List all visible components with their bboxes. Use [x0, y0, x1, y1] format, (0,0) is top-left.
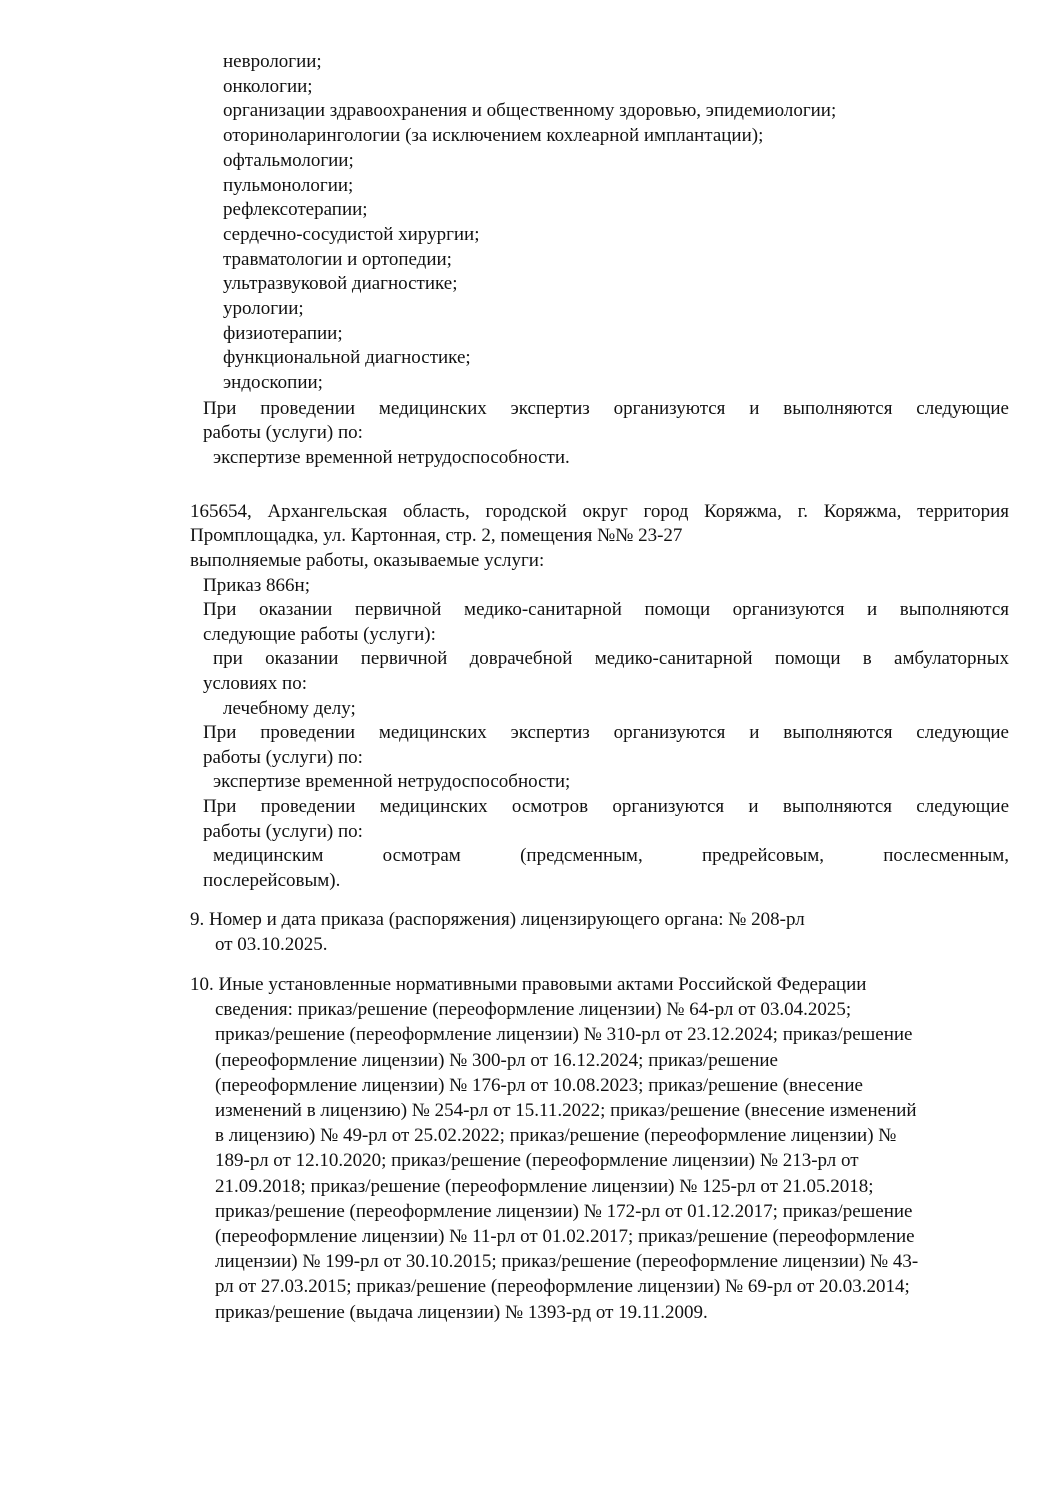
primary-care-line-2: следующие работы (услуги): [203, 623, 436, 647]
specialty-item: рефлексотерапии; [223, 198, 368, 222]
expertise-item-2: экспертизе временной нетрудоспособности; [213, 770, 570, 794]
section-10-line: 189-рл от 12.10.2020; приказ/решение (пе… [215, 1149, 859, 1173]
expertise-line-2: работы (услуги) по: [203, 746, 363, 770]
section-10-line: изменений в лицензию) № 254-рл от 15.11.… [215, 1099, 917, 1123]
address-line-2: Промплощадка, ул. Картонная, стр. 2, пом… [190, 524, 682, 548]
section-10-line: (переоформление лицензии) № 11-рл от 01.… [215, 1225, 915, 1249]
prehospital-line-1: при оказании первичной доврачебной медик… [213, 647, 1009, 671]
specialty-item: онкологии; [223, 75, 313, 99]
section-10-line: в лицензию) № 49-рл от 25.02.2022; прика… [215, 1124, 896, 1148]
specialty-item: организации здравоохранения и общественн… [223, 99, 836, 123]
document-page: неврологии;онкологии;организации здравоо… [0, 0, 1060, 1500]
section-10-line: приказ/решение (выдача лицензии) № 1393-… [215, 1301, 708, 1325]
section-10-line: (переоформление лицензии) № 300-рл от 16… [215, 1049, 778, 1073]
works-label: выполняемые работы, оказываемые услуги: [190, 549, 544, 573]
section-10-line: приказ/решение (переоформление лицензии)… [215, 1200, 912, 1224]
section-10-line: лицензии) № 199-рл от 30.10.2015; приказ… [215, 1250, 918, 1274]
specialty-item: травматологии и ортопедии; [223, 248, 452, 272]
specialty-item: урологии; [223, 297, 304, 321]
specialty-item: функциональной диагностике; [223, 346, 471, 370]
checkups-item-line-1: медицинским осмотрам (предсменным, предр… [213, 844, 1009, 868]
section-10-line: (переоформление лицензии) № 176-рл от 10… [215, 1074, 863, 1098]
expertise-line-1: При проведении медицинских экспертиз орг… [203, 721, 1009, 745]
primary-care-line-1: При оказании первичной медико-санитарной… [203, 598, 1009, 622]
section-10-line: приказ/решение (переоформление лицензии)… [215, 1023, 912, 1047]
specialty-item: физиотерапии; [223, 322, 343, 346]
checkups-line-1: При проведении медицинских осмотров орга… [203, 795, 1009, 819]
prehospital-line-2: условиях по: [203, 672, 307, 696]
section-10-line: сведения: приказ/решение (переоформление… [215, 998, 851, 1022]
specialty-item: эндоскопии; [223, 371, 323, 395]
section-10-line: рл от 27.03.2015; приказ/решение (переоф… [215, 1275, 910, 1299]
prehospital-item: лечебному делу; [223, 697, 356, 721]
section-9-line-1: 9. Номер и дата приказа (распоряжения) л… [190, 908, 805, 932]
expertise-intro-line-2: работы (услуги) по: [203, 421, 363, 445]
checkups-item-line-2: послерейсовым). [203, 869, 340, 893]
expertise-item: экспертизе временной нетрудоспособности. [213, 446, 570, 470]
specialty-item: пульмонологии; [223, 174, 353, 198]
address-line-1: 165654, Архангельская область, городской… [190, 500, 1009, 524]
specialty-item: неврологии; [223, 50, 322, 74]
specialty-item: ультразвуковой диагностике; [223, 272, 458, 296]
checkups-line-2: работы (услуги) по: [203, 820, 363, 844]
section-9-line-2: от 03.10.2025. [215, 933, 328, 957]
specialty-item: офтальмологии; [223, 149, 354, 173]
section-10-line: 10. Иные установленные нормативными прав… [190, 973, 866, 997]
expertise-intro-line: При проведении медицинских экспертиз орг… [203, 397, 1009, 421]
specialty-item: оториноларингологии (за исключением кохл… [223, 124, 763, 148]
section-10-line: 21.09.2018; приказ/решение (переоформлен… [215, 1175, 874, 1199]
order-reference: Приказ 866н; [203, 574, 310, 598]
specialty-item: сердечно-сосудистой хирургии; [223, 223, 479, 247]
